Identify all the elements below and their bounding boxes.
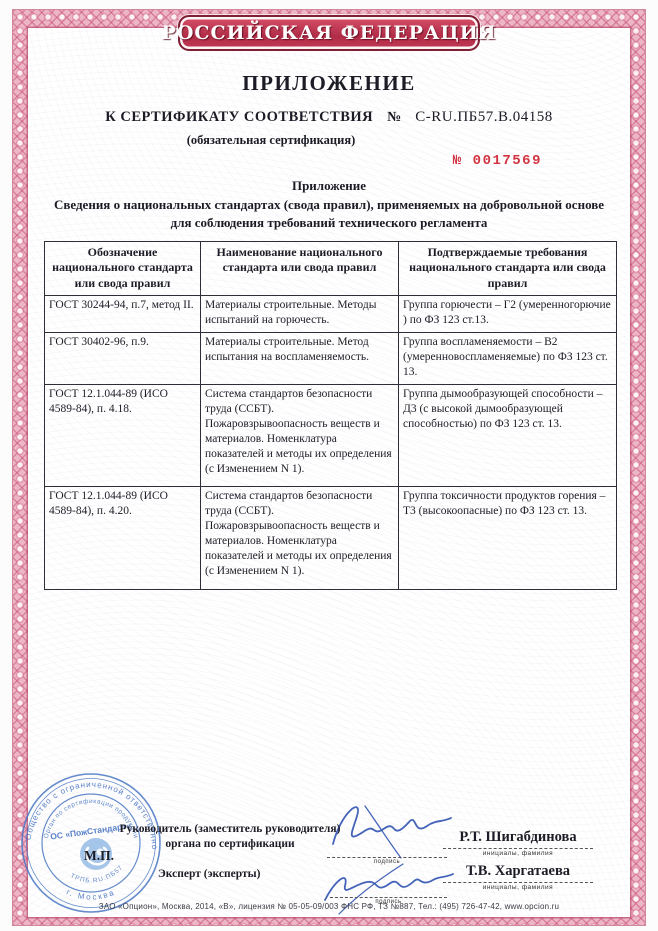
appendix-subtitle: Приложение — [44, 178, 614, 194]
table-header-requirements: Подтверждаемые требования национального … — [399, 242, 617, 296]
certification-type: (обязательная сертификация) — [0, 133, 556, 148]
number-sign: № — [387, 110, 401, 126]
svg-text:г. Москва: г. Москва — [65, 887, 117, 901]
cell-name: Материалы строительные. Метод испытания … — [201, 333, 399, 385]
cell-standard: ГОСТ 12.1.044-89 (ИСО 4589-84), п. 4.20. — [45, 487, 201, 590]
cell-standard: ГОСТ 12.1.044-89 (ИСО 4589-84), п. 4.18. — [45, 384, 201, 487]
document-title: ПРИЛОЖЕНИЕ — [44, 71, 614, 96]
stamp-logo — [80, 838, 112, 870]
country-banner: РОССИЙСКАЯ ФЕДЕРАЦИЯ — [178, 15, 480, 51]
stamp-center-name: ОС «ПожСтандарт» — [50, 820, 132, 841]
standards-table: Обозначение национального стандарта или … — [44, 241, 617, 590]
table-header-row: Обозначение национального стандарта или … — [45, 242, 617, 296]
printer-footer: ЗАО «Опцион», Москва, 2014, «В», лицензи… — [44, 902, 614, 911]
table-row: ГОСТ 12.1.044-89 (ИСО 4589-84), п. 4.20.… — [45, 487, 617, 590]
certificate-page: РОССИЙСКАЯ ФЕДЕРАЦИЯ ПРИЛОЖЕНИЕ К СЕРТИФ… — [0, 0, 658, 931]
cell-requirement: Группа дымообразующей способности – Д3 (… — [399, 384, 617, 487]
signature-head — [333, 807, 451, 844]
cell-name: Материалы строительные. Методы испытаний… — [201, 296, 399, 333]
certificate-number-line: К СЕРТИФИКАТУ СООТВЕТСТВИЯ № С-RU.ПБ57.В… — [44, 109, 614, 126]
certification-body-stamp: Общество с ограниченной ответственностью… — [16, 768, 166, 918]
cell-standard: ГОСТ 30402-96, п.9. — [45, 333, 201, 385]
cell-name: Система стандартов безопасности труда (С… — [201, 384, 399, 487]
cell-requirement: Группа воспламеняемости – В2 (умеренново… — [399, 333, 617, 385]
table-row: ГОСТ 30244-94, п.7, метод II. Материалы … — [45, 296, 617, 333]
table-row: ГОСТ 30402-96, п.9. Материалы строительн… — [45, 333, 617, 385]
certificate-label: К СЕРТИФИКАТУ СООТВЕТСТВИЯ — [105, 109, 373, 126]
certificate-number: С-RU.ПБ57.В.04158 — [415, 109, 553, 126]
stamp-outer-bottom-text: г. Москва — [65, 887, 117, 901]
blank-serial-number: № 0017569 — [44, 153, 614, 169]
cell-requirement: Группа токсичности продуктов горения – Т… — [399, 487, 617, 590]
document-content: ПРИЛОЖЕНИЕ К СЕРТИФИКАТУ СООТВЕТСТВИЯ № … — [44, 38, 614, 590]
country-banner-label: РОССИЙСКАЯ ФЕДЕРАЦИЯ — [162, 22, 497, 44]
signature-expert — [325, 874, 453, 900]
cell-requirement: Группа горючести – Г2 (умеренногорючие )… — [399, 296, 617, 333]
table-row: ГОСТ 12.1.044-89 (ИСО 4589-84), п. 4.18.… — [45, 384, 617, 487]
cell-standard: ГОСТ 30244-94, п.7, метод II. — [45, 296, 201, 333]
cell-name: Система стандартов безопасности труда (С… — [201, 487, 399, 590]
handwritten-signatures — [305, 792, 475, 917]
appendix-description: Сведения о национальных стандартах (свод… — [48, 196, 610, 231]
table-header-designation: Обозначение национального стандарта или … — [45, 242, 201, 296]
table-header-name: Наименование национального стандарта или… — [201, 242, 399, 296]
